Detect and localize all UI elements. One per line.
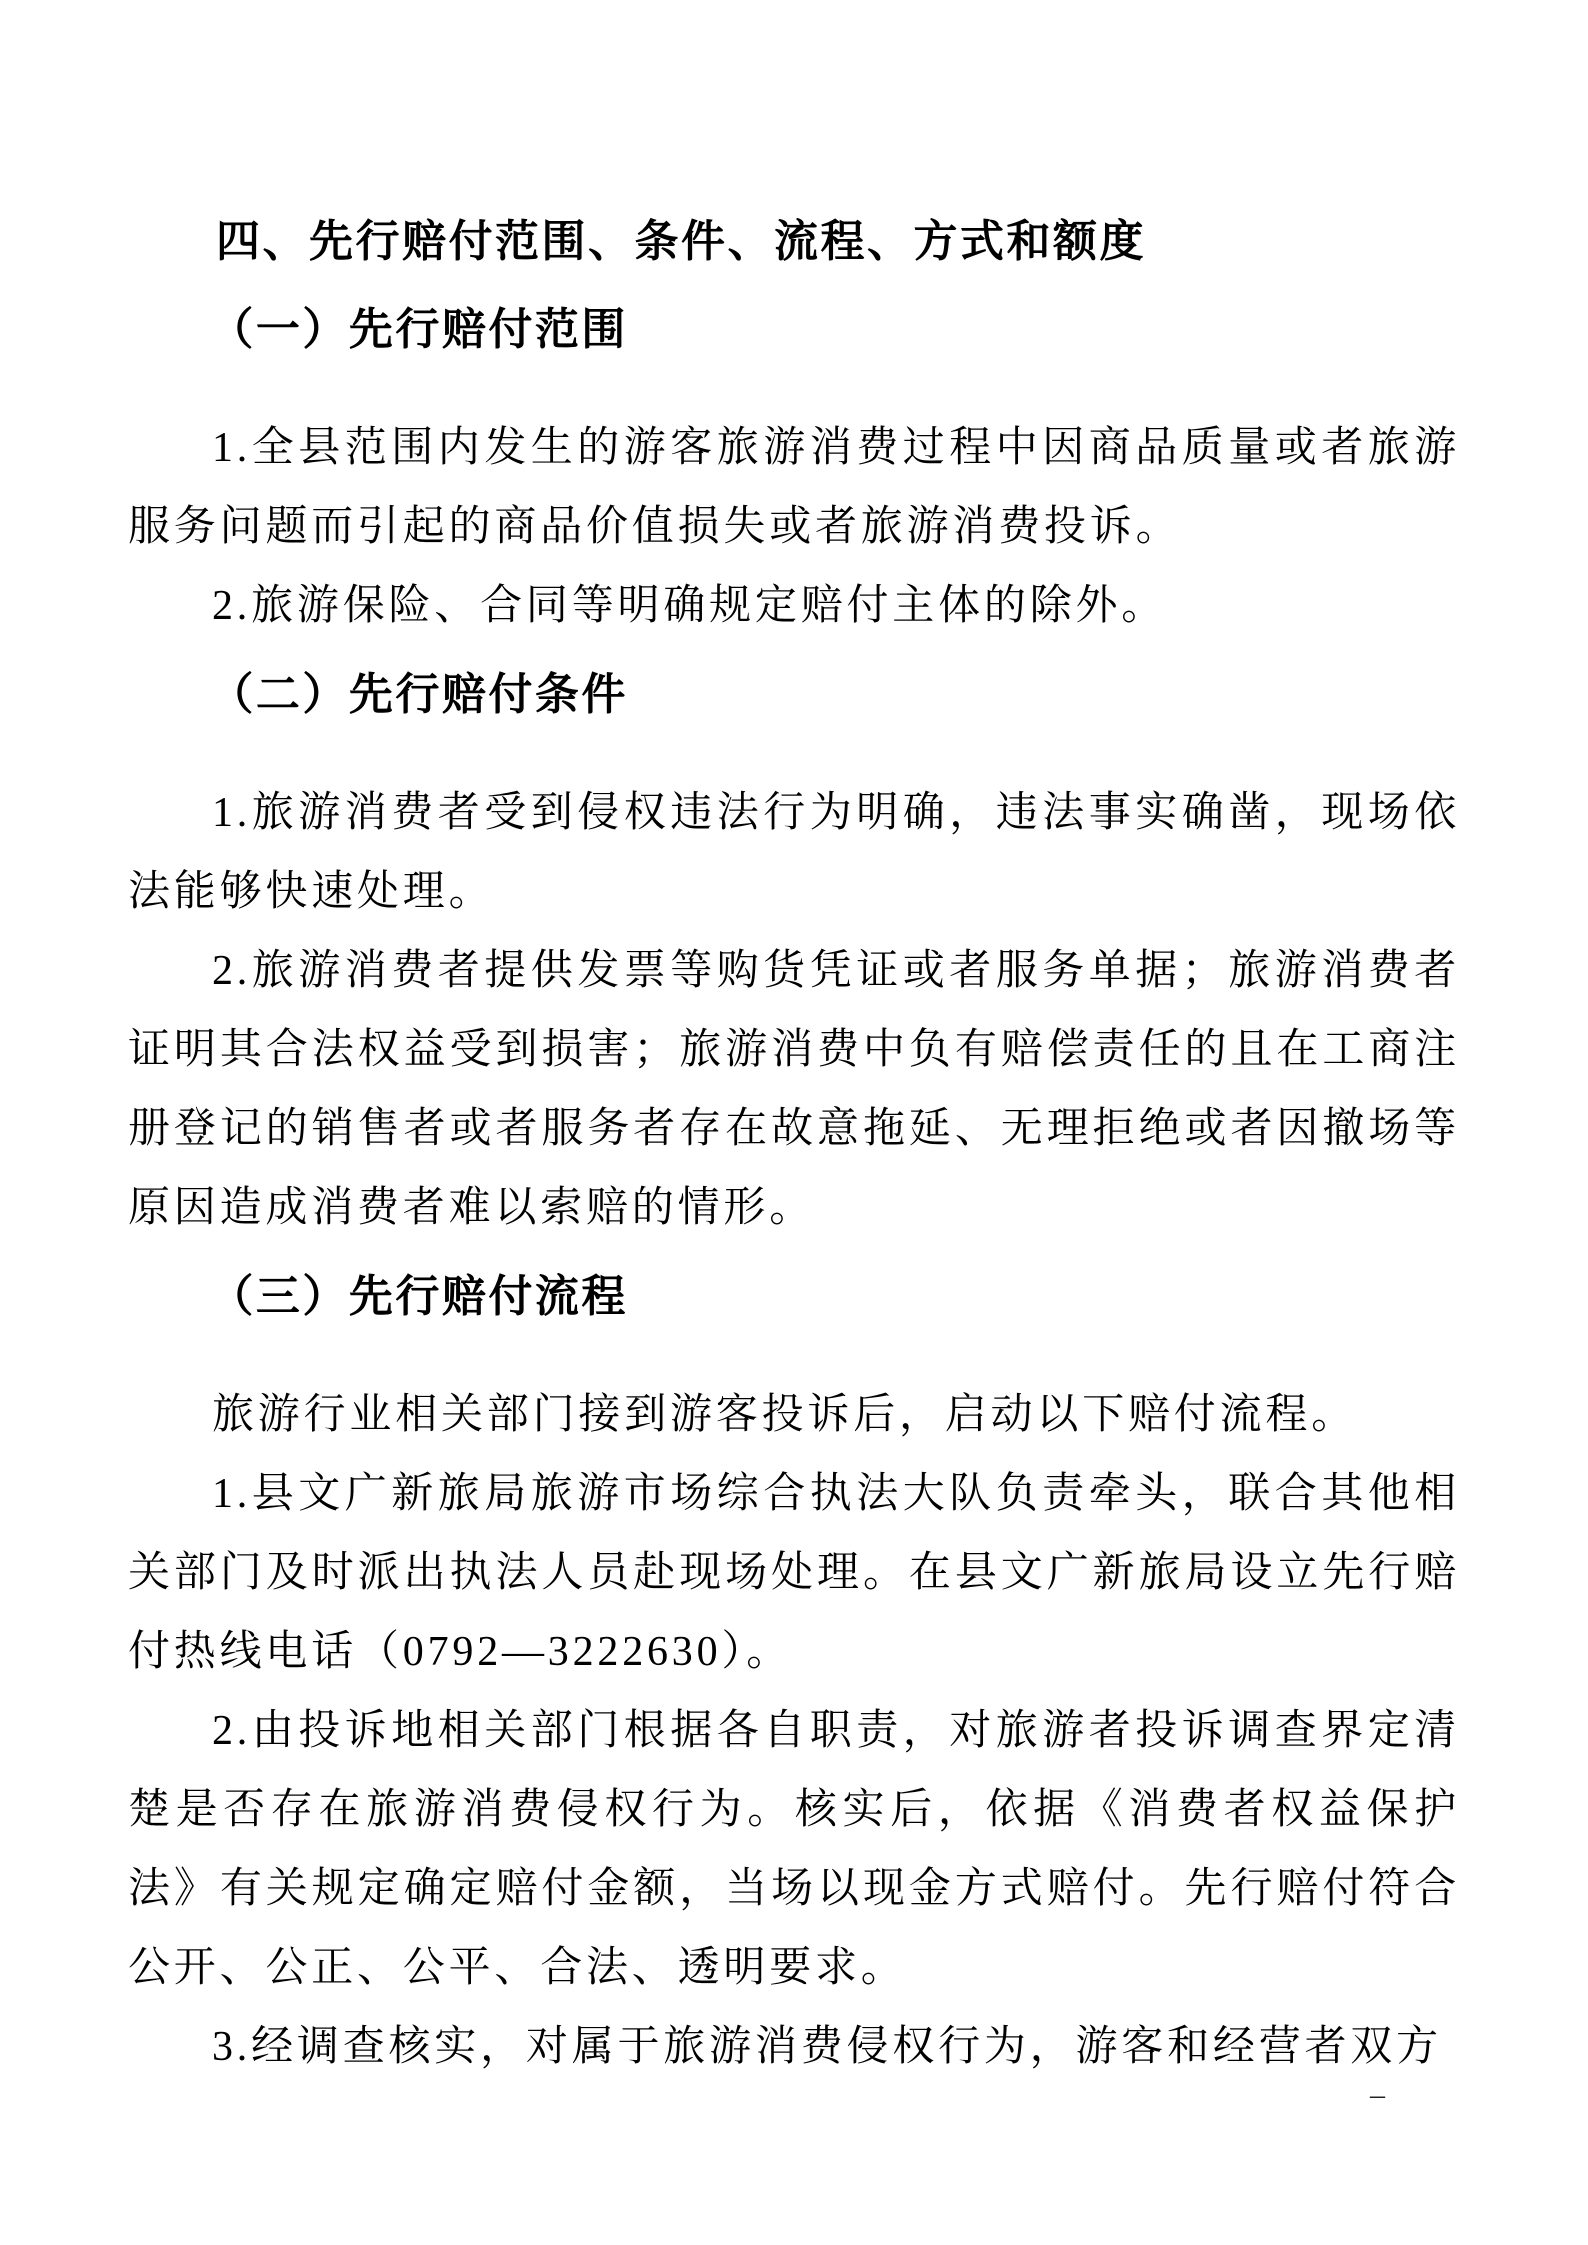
paragraph: 1.全县范围内发生的游客旅游消费过程中因商品质量或者旅游服务问题而引起的商品价值… <box>128 409 1460 567</box>
page-marker-dash: – <box>1370 2080 1385 2110</box>
paragraph: 旅游行业相关部门接到游客投诉后，启动以下赔付流程。 <box>128 1376 1460 1455</box>
section-compensation-scope: （一）先行赔付范围 1.全县范围内发生的游客旅游消费过程中因商品质量或者旅游服务… <box>128 290 1460 646</box>
section-compensation-process: （三）先行赔付流程 旅游行业相关部门接到游客投诉后，启动以下赔付流程。 1.县文… <box>128 1257 1460 2087</box>
section-heading-process: （三）先行赔付流程 <box>128 1257 1460 1336</box>
section-heading-conditions: （二）先行赔付条件 <box>128 655 1460 734</box>
doc-title: 四、先行赔付范围、条件、流程、方式和额度 <box>128 202 1460 281</box>
paragraph: 2.由投诉地相关部门根据各自职责，对旅游者投诉调查界定清楚是否存在旅游消费侵权行… <box>128 1692 1460 2008</box>
document-page: 四、先行赔付范围、条件、流程、方式和额度 （一）先行赔付范围 1.全县范围内发生… <box>0 0 1588 2245</box>
paragraph: 3.经调查核实，对属于旅游消费侵权行为，游客和经营者双方 <box>128 2008 1460 2087</box>
paragraph: 1.旅游消费者受到侵权违法行为明确，违法事实确凿，现场依法能够快速处理。 <box>128 774 1460 932</box>
paragraph: 2.旅游消费者提供发票等购货凭证或者服务单据；旅游消费者证明其合法权益受到损害；… <box>128 932 1460 1248</box>
section-heading-scope: （一）先行赔付范围 <box>128 290 1460 369</box>
paragraph: 1.县文广新旅局旅游市场综合执法大队负责牵头，联合其他相关部门及时派出执法人员赴… <box>128 1455 1460 1692</box>
paragraph: 2.旅游保险、合同等明确规定赔付主体的除外。 <box>128 567 1460 646</box>
section-compensation-conditions: （二）先行赔付条件 1.旅游消费者受到侵权违法行为明确，违法事实确凿，现场依法能… <box>128 655 1460 1248</box>
